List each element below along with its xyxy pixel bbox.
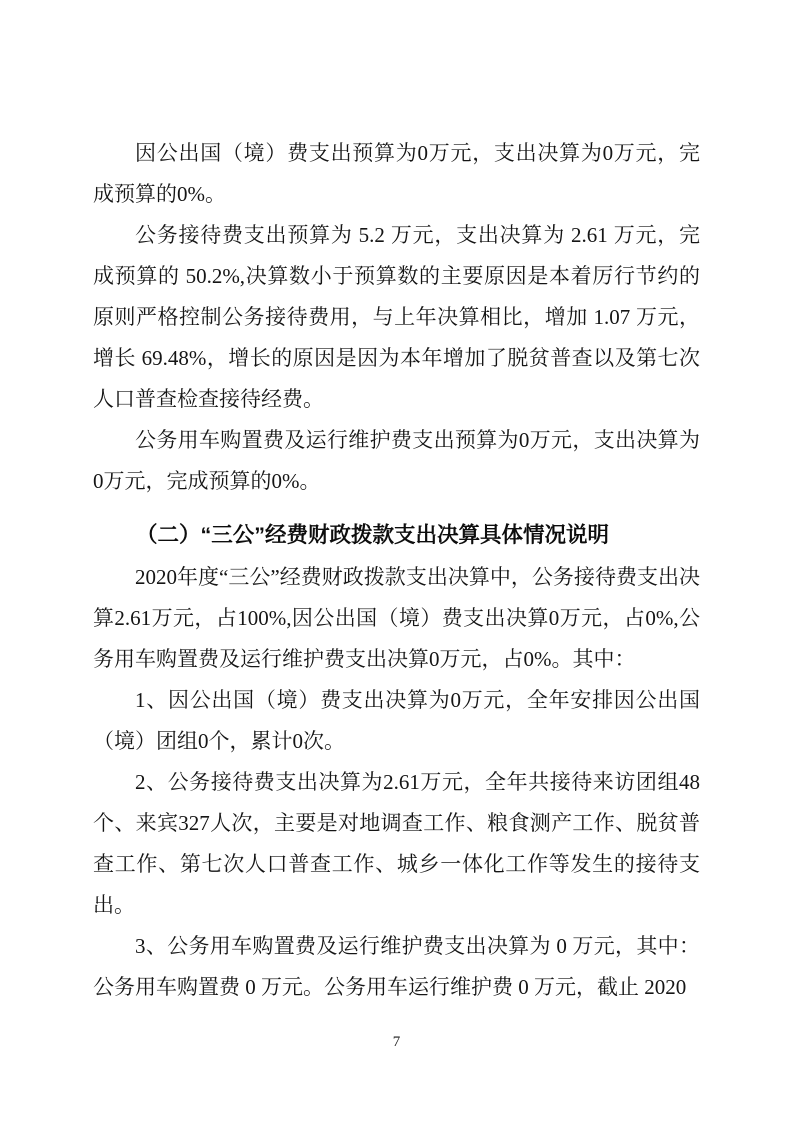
para-overseas-travel-budget: 因公出国（境）费支出预算为0万元，支出决算为0万元，完成预算的0%。 [93,133,700,215]
para-official-reception-budget: 公务接待费支出预算为 5.2 万元，支出决算为 2.61 万元，完成预算的 50… [93,215,700,420]
item-3-official-vehicle-final: 3、公务用车购置费及运行维护费支出决算为 0 万元，其中：公务用车购置费 0 万… [93,926,700,1008]
para-official-vehicle-budget: 公务用车购置费及运行维护费支出预算为0万元，支出决算为0万元，完成预算的0%。 [93,420,700,502]
document-page: 因公出国（境）费支出预算为0万元，支出决算为0万元，完成预算的0%。 公务接待费… [0,0,793,1122]
para-2020-final-accounts-summary: 2020年度“三公”经费财政拨款支出决算中，公务接待费支出决算2.61万元，占1… [93,557,700,680]
heading-three-public-funds-detail: （二）“三公”经费财政拨款支出决算具体情况说明 [93,515,700,556]
document-body: 因公出国（境）费支出预算为0万元，支出决算为0万元，完成预算的0%。 公务接待费… [93,133,700,1008]
item-2-official-reception-final: 2、公务接待费支出决算为2.61万元，全年共接待来访团组48个、来宾327人次，… [93,762,700,926]
page-number: 7 [393,1034,401,1050]
item-1-overseas-travel-final: 1、因公出国（境）费支出决算为0万元，全年安排因公出国（境）团组0个，累计0次。 [93,680,700,762]
page-footer: 7 [0,1033,793,1051]
